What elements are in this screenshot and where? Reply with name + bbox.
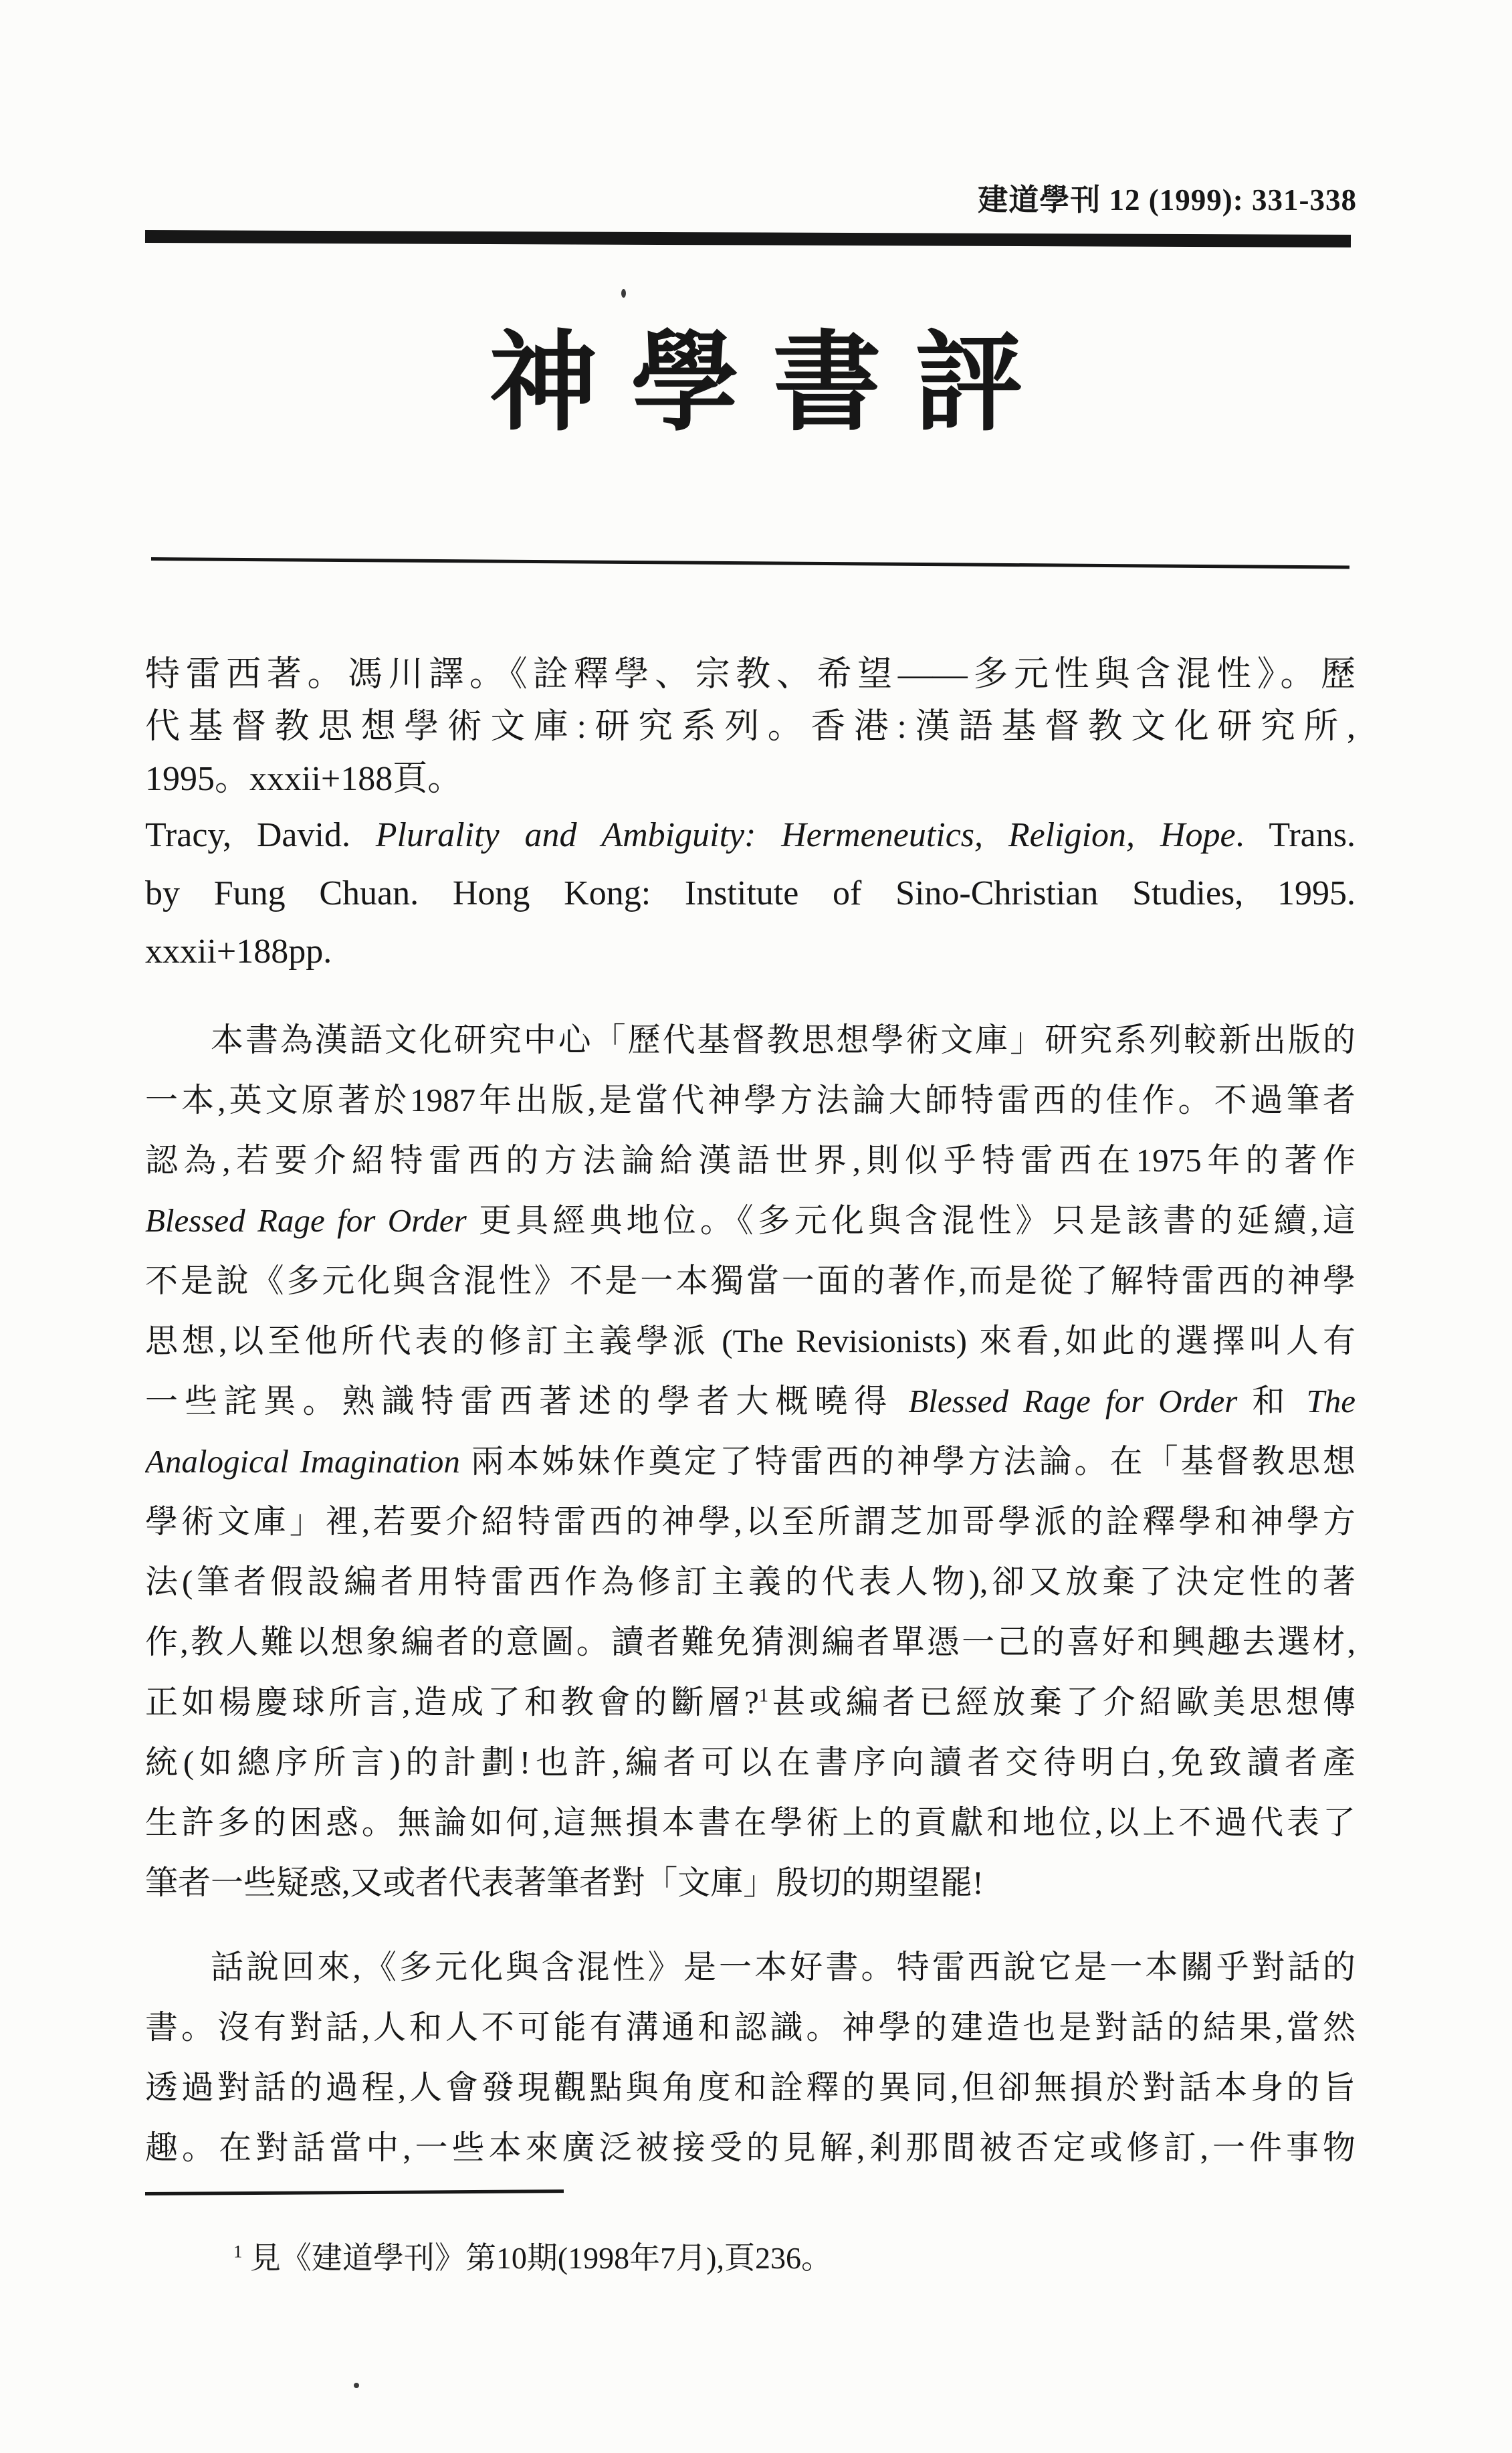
text-line: 學術文庫」裡,若要介紹特雷西的神學,以至所謂芝加哥學派的詮釋學和神學方 bbox=[145, 1492, 1356, 1552]
text-segment: 一本,英文原著於1987年出版,是當代神學方法論大師特雷西的佳作。不過筆者 bbox=[145, 1082, 1356, 1118]
text-line: Tracy, David. Plurality and Ambiguity: H… bbox=[145, 806, 1356, 864]
body-paragraph-2: 話說回來,《多元化與含混性》是一本好書。特雷西說它是一本關乎對話的書。沒有對話,… bbox=[145, 1937, 1356, 2178]
text-line: 本書為漢語文化研究中心「歷代基督教思想學術文庫」研究系列較新出版的 bbox=[145, 1010, 1356, 1070]
text-segment: 甚或編者已經放棄了介紹歐美思想傳 bbox=[768, 1684, 1356, 1721]
journal-citation: 建道學刊 12 (1999): 331-338 bbox=[978, 175, 1357, 219]
text-segment: 學術文庫」裡,若要介紹特雷西的神學,以至所謂芝加哥學派的詮釋學和神學方 bbox=[145, 1503, 1356, 1540]
text-line: Analogical Imagination 兩本姊妹作奠定了特雷西的神學方法論… bbox=[145, 1432, 1356, 1492]
text-segment: 不是說《多元化與含混性》不是一本獨當一面的著作,而是從了解特雷西的神學 bbox=[145, 1262, 1356, 1299]
text-line: 一些詫異。熟識特雷西著述的學者大概曉得 Blessed Rage for Ord… bbox=[145, 1371, 1356, 1432]
text-segment: by Fung Chuan. Hong Kong: Institute of S… bbox=[145, 874, 1356, 912]
text-line: 法(筆者假設編者用特雷西作為修訂主義的代表人物),卻又放棄了決定性的著 bbox=[145, 1552, 1356, 1612]
text-line: 透過對話的過程,人會發現觀點與角度和詮釋的異同,但卻無損於對話本身的旨 bbox=[145, 2058, 1356, 2118]
text-segment: Tracy, David. bbox=[145, 816, 376, 854]
text-segment: 正如楊慶球所言,造成了和教會的斷層? bbox=[145, 1684, 759, 1721]
text-line: 筆者一些疑惑,又或者代表著筆者對「文庫」殷切的期望罷! bbox=[145, 1853, 1356, 1913]
text-segment: 統(如總序所言)的計劃!也許,編者可以在書序向讀者交待明白,免致讀者產 bbox=[145, 1744, 1356, 1781]
footnote-rule bbox=[145, 2189, 564, 2195]
text-line: 正如楊慶球所言,造成了和教會的斷層?1甚或編者已經放棄了介紹歐美思想傳 bbox=[145, 1672, 1356, 1733]
text-line: 思想,以至他所代表的修訂主義學派 (The Revisionists) 來看,如… bbox=[145, 1311, 1356, 1371]
header-rule bbox=[145, 230, 1351, 248]
scan-speck bbox=[621, 289, 626, 298]
text-segment: 代基督教思想學術文庫:研究系列。香港:漢語基督教文化研究所, bbox=[145, 708, 1356, 746]
text-segment: 和 bbox=[1237, 1383, 1306, 1419]
text-segment: 生許多的困惑。無論如何,這無損本書在學術上的貢獻和地位,以上不過代表了 bbox=[145, 1804, 1356, 1841]
text-line: 一本,英文原著於1987年出版,是當代神學方法論大師特雷西的佳作。不過筆者 bbox=[145, 1070, 1356, 1131]
text-line: 統(如總序所言)的計劃!也許,編者可以在書序向讀者交待明白,免致讀者產 bbox=[145, 1733, 1356, 1793]
text-line: xxxii+188pp. bbox=[145, 922, 1356, 981]
page-title: 神學書評 bbox=[0, 320, 1512, 450]
text-segment: 1995。xxxii+188頁。 bbox=[145, 760, 462, 798]
text-segment: 趣。在對話當中,一些本來廣泛被接受的見解,剎那間被否定或修訂,一件事物 bbox=[145, 2129, 1356, 2166]
text-segment: 作,教人難以想象編者的意圖。讀者難免猜測編者單憑一己的喜好和興趣去選材, bbox=[145, 1624, 1356, 1660]
text-segment: 思想,以至他所代表的修訂主義學派 (The Revisionists) 來看,如… bbox=[145, 1322, 1356, 1359]
text-segment: . Trans. bbox=[1236, 816, 1356, 854]
text-line: 作,教人難以想象編者的意圖。讀者難免猜測編者單憑一己的喜好和興趣去選材, bbox=[145, 1612, 1356, 1672]
text-line: 生許多的困惑。無論如何,這無損本書在學術上的貢獻和地位,以上不過代表了 bbox=[145, 1793, 1356, 1853]
bibliography-english: Tracy, David. Plurality and Ambiguity: H… bbox=[145, 806, 1356, 981]
text-line: 不是說《多元化與含混性》不是一本獨當一面的著作,而是從了解特雷西的神學 bbox=[145, 1251, 1356, 1311]
text-segment: 本書為漢語文化研究中心「歷代基督教思想學術文庫」研究系列較新出版的 bbox=[211, 1021, 1356, 1058]
text-line: 話說回來,《多元化與含混性》是一本好書。特雷西說它是一本關乎對話的 bbox=[145, 1937, 1356, 1997]
footnote-marker: 1 bbox=[233, 2242, 242, 2262]
title-rule bbox=[151, 557, 1349, 569]
italic-text: Blessed Rage for Order bbox=[145, 1202, 467, 1239]
text-segment: xxxii+188pp. bbox=[145, 933, 332, 971]
text-segment: 更具經典地位。《多元化與含混性》只是該書的延續,這 bbox=[467, 1202, 1356, 1239]
text-line: 1 見《建道學刊》第10期(1998年7月),頁236。 bbox=[145, 2229, 1356, 2288]
text-segment: 見《建道學刊》第10期(1998年7月),頁236。 bbox=[242, 2241, 832, 2275]
text-segment: 特雷西著。馮川譯。《詮釋學、宗教、希望——多元性與含混性》。歷 bbox=[145, 656, 1356, 694]
bibliography-chinese: 特雷西著。馮川譯。《詮釋學、宗教、希望——多元性與含混性》。歷代基督教思想學術文… bbox=[145, 649, 1356, 805]
italic-text: Blessed Rage for Order bbox=[908, 1383, 1237, 1419]
text-line: 特雷西著。馮川譯。《詮釋學、宗教、希望——多元性與含混性》。歷 bbox=[145, 649, 1356, 701]
text-segment: 話說回來,《多元化與含混性》是一本好書。特雷西說它是一本關乎對話的 bbox=[211, 1949, 1356, 1985]
italic-text: Analogical Imagination bbox=[145, 1443, 460, 1480]
text-line: 趣。在對話當中,一些本來廣泛被接受的見解,剎那間被否定或修訂,一件事物 bbox=[145, 2118, 1356, 2178]
text-segment: 一些詫異。熟識特雷西著述的學者大概曉得 bbox=[145, 1383, 908, 1419]
italic-text: The bbox=[1307, 1383, 1356, 1419]
text-segment: 書。沒有對話,人和人不可能有溝通和認識。神學的建造也是對話的結果,當然 bbox=[145, 2009, 1356, 2046]
italic-text: Plurality and Ambiguity: Hermeneutics, R… bbox=[376, 816, 1236, 854]
text-segment: 兩本姊妹作奠定了特雷西的神學方法論。在「基督教思想 bbox=[460, 1443, 1356, 1480]
text-line: 認為,若要介紹特雷西的方法論給漢語世界,則似乎特雷西在1975年的著作 bbox=[145, 1131, 1356, 1191]
text-segment: 認為,若要介紹特雷西的方法論給漢語世界,則似乎特雷西在1975年的著作 bbox=[145, 1142, 1356, 1179]
text-line: Blessed Rage for Order 更具經典地位。《多元化與含混性》只… bbox=[145, 1191, 1356, 1251]
text-line: 1995。xxxii+188頁。 bbox=[145, 753, 1356, 805]
text-line: by Fung Chuan. Hong Kong: Institute of S… bbox=[145, 864, 1356, 922]
body-paragraph-1: 本書為漢語文化研究中心「歷代基督教思想學術文庫」研究系列較新出版的一本,英文原著… bbox=[145, 1010, 1356, 1913]
text-line: 書。沒有對話,人和人不可能有溝通和認識。神學的建造也是對話的結果,當然 bbox=[145, 1997, 1356, 2058]
text-segment: 法(筆者假設編者用特雷西作為修訂主義的代表人物),卻又放棄了決定性的著 bbox=[145, 1563, 1356, 1600]
scan-speck bbox=[354, 2383, 359, 2388]
footnote: 1 見《建道學刊》第10期(1998年7月),頁236。 bbox=[145, 2229, 1356, 2288]
text-segment: 透過對話的過程,人會發現觀點與角度和詮釋的異同,但卻無損於對話本身的旨 bbox=[145, 2069, 1356, 2106]
footnote-marker: 1 bbox=[759, 1686, 768, 1706]
text-segment: 筆者一些疑惑,又或者代表著筆者對「文庫」殷切的期望罷! bbox=[145, 1864, 984, 1901]
page: 建道學刊 12 (1999): 331-338 神學書評 特雷西著。馮川譯。《詮… bbox=[0, 0, 1512, 2453]
text-line: 代基督教思想學術文庫:研究系列。香港:漢語基督教文化研究所, bbox=[145, 701, 1356, 753]
